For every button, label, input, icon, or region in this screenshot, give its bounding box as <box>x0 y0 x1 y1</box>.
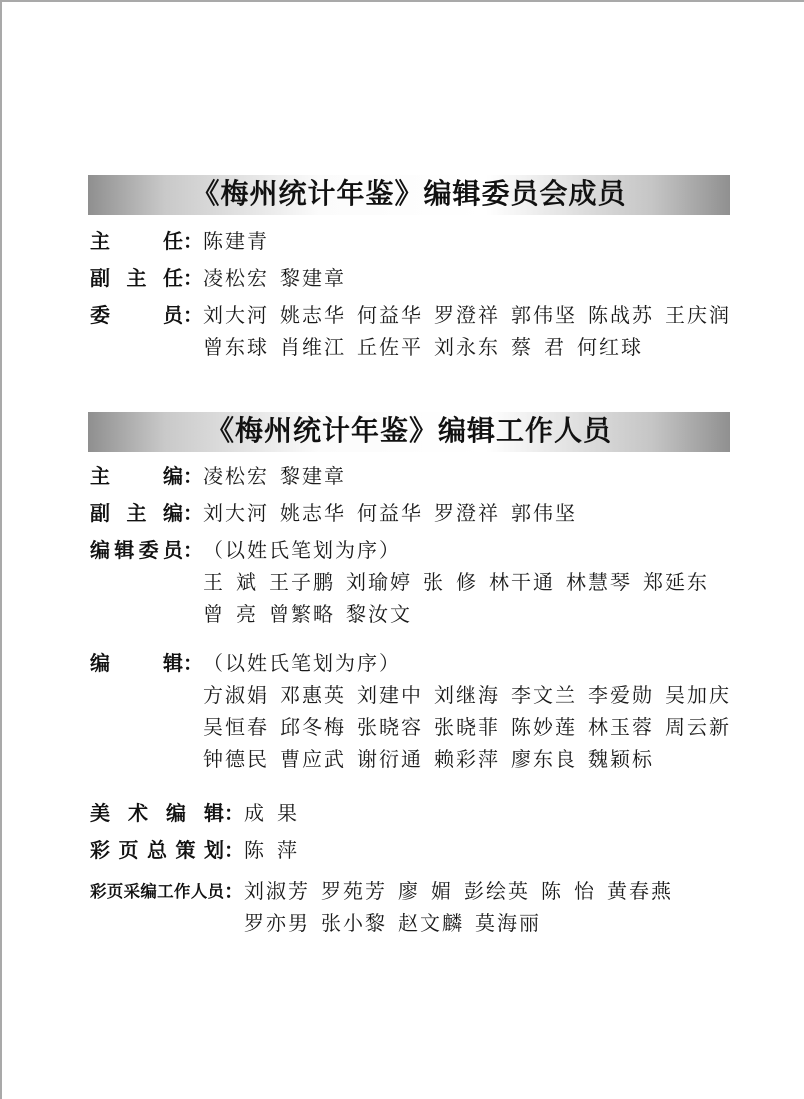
row-colon: ： <box>224 878 244 906</box>
row-label: 彩页采编工作人员 <box>90 878 224 906</box>
row-label: 彩页总策划 <box>90 837 224 865</box>
row-committee-members: 委员： 刘大河 姚志华 何益华 罗澄祥 郭伟坚 陈战苏 王庆润 曾东球 肖维江 … <box>88 302 730 362</box>
section-editorial-committee: 《梅州统计年鉴》编辑委员会成员 主任： 陈建青 副主任： 凌松宏 黎建章 委员： <box>88 175 730 362</box>
row-color-pages-planner: 彩页总策划： 陈 萍 <box>88 837 730 865</box>
row-label: 主任 <box>90 228 183 256</box>
names-line: 刘大河 姚志华 何益华 罗澄祥 郭伟坚 <box>203 500 730 528</box>
names-line: 吴恒春 邱冬梅 张晓容 张晓菲 陈妙莲 林玉蓉 周云新 <box>203 714 730 742</box>
names-line: 罗亦男 张小黎 赵文麟 莫海丽 <box>244 910 730 938</box>
row-director: 主任： 陈建青 <box>88 228 730 256</box>
row-content: 刘大河 姚志华 何益华 罗澄祥 郭伟坚 陈战苏 王庆润 曾东球 肖维江 丘佐平 … <box>203 302 730 362</box>
sort-note: （以姓氏笔划为序） <box>203 537 730 565</box>
row-color-pages-staff: 彩页采编工作人员： 刘淑芳 罗苑芳 廖 媚 彭绘英 陈 怡 黄春燕 罗亦男 张小… <box>88 878 730 938</box>
section-rows: 主编： 凌松宏 黎建章 副主编： 刘大河 姚志华 何益华 罗澄祥 郭伟坚 编辑委… <box>88 463 730 938</box>
section-title-bar: 《梅州统计年鉴》编辑委员会成员 <box>88 175 730 215</box>
names-line: 刘大河 姚志华 何益华 罗澄祥 郭伟坚 陈战苏 王庆润 <box>203 302 730 330</box>
row-colon: ： <box>183 650 203 678</box>
section-title-bar: 《梅州统计年鉴》编辑工作人员 <box>88 412 730 452</box>
row-content: （以姓氏笔划为序） 王 斌 王子鹏 刘瑜婷 张 修 林干通 林慧琴 郑延东 曾 … <box>203 537 730 629</box>
row-colon: ： <box>183 228 203 256</box>
row-content: 刘大河 姚志华 何益华 罗澄祥 郭伟坚 <box>203 500 730 528</box>
section-rows: 主任： 陈建青 副主任： 凌松宏 黎建章 委员： 刘大河 姚志华 何益华 罗澄祥… <box>88 228 730 362</box>
section-editorial-staff: 《梅州统计年鉴》编辑工作人员 主编： 凌松宏 黎建章 副主编： 刘大河 姚志华 … <box>88 412 730 938</box>
row-label: 委员 <box>90 302 183 330</box>
names-line: 凌松宏 黎建章 <box>203 265 730 293</box>
row-colon: ： <box>183 463 203 491</box>
row-colon: ： <box>224 800 244 828</box>
row-colon: ： <box>183 537 203 565</box>
section-title: 《梅州统计年鉴》编辑工作人员 <box>206 412 612 452</box>
section-title: 《梅州统计年鉴》编辑委员会成员 <box>191 175 626 215</box>
row-content: （以姓氏笔划为序） 方淑娟 邓惠英 刘建中 刘继海 李文兰 李爱勋 吴加庆 吴恒… <box>203 650 730 774</box>
row-editors: 编辑： （以姓氏笔划为序） 方淑娟 邓惠英 刘建中 刘继海 李文兰 李爱勋 吴加… <box>88 650 730 774</box>
names-line: 陈建青 <box>203 228 730 256</box>
row-label: 主编 <box>90 463 183 491</box>
row-content: 凌松宏 黎建章 <box>203 463 730 491</box>
names-line: 成 果 <box>244 800 730 828</box>
row-content: 陈 萍 <box>244 837 730 865</box>
row-content: 刘淑芳 罗苑芳 廖 媚 彭绘英 陈 怡 黄春燕 罗亦男 张小黎 赵文麟 莫海丽 <box>244 878 730 938</box>
names-line: 陈 萍 <box>244 837 730 865</box>
row-colon: ： <box>183 265 203 293</box>
row-content: 成 果 <box>244 800 730 828</box>
yearbook-credits-page: 《梅州统计年鉴》编辑委员会成员 主任： 陈建青 副主任： 凌松宏 黎建章 委员： <box>0 0 804 1099</box>
row-editorial-board: 编辑委员： （以姓氏笔划为序） 王 斌 王子鹏 刘瑜婷 张 修 林干通 林慧琴 … <box>88 537 730 629</box>
names-line: 刘淑芳 罗苑芳 廖 媚 彭绘英 陈 怡 黄春燕 <box>244 878 730 906</box>
page-content: 《梅州统计年鉴》编辑委员会成员 主任： 陈建青 副主任： 凌松宏 黎建章 委员： <box>2 175 804 938</box>
sort-note: （以姓氏笔划为序） <box>203 650 730 678</box>
row-chief-editor: 主编： 凌松宏 黎建章 <box>88 463 730 491</box>
row-deputy-directors: 副主任： 凌松宏 黎建章 <box>88 265 730 293</box>
row-deputy-chief-editors: 副主编： 刘大河 姚志华 何益华 罗澄祥 郭伟坚 <box>88 500 730 528</box>
row-content: 陈建青 <box>203 228 730 256</box>
row-label: 编辑 <box>90 650 183 678</box>
row-label: 副主编 <box>90 500 183 528</box>
row-label: 美术编辑 <box>90 800 224 828</box>
names-line: 曾东球 肖维江 丘佐平 刘永东 蔡 君 何红球 <box>203 334 730 362</box>
row-colon: ： <box>183 302 203 330</box>
names-line: 曾 亮 曾繁略 黎汝文 <box>203 601 730 629</box>
row-label: 副主任 <box>90 265 183 293</box>
names-line: 凌松宏 黎建章 <box>203 463 730 491</box>
row-colon: ： <box>224 837 244 865</box>
names-line: 钟德民 曹应武 谢衍通 赖彩萍 廖东良 魏颖标 <box>203 746 730 774</box>
row-label: 编辑委员 <box>90 537 183 565</box>
names-line: 方淑娟 邓惠英 刘建中 刘继海 李文兰 李爱勋 吴加庆 <box>203 682 730 710</box>
row-art-editor: 美术编辑： 成 果 <box>88 800 730 828</box>
names-line: 王 斌 王子鹏 刘瑜婷 张 修 林干通 林慧琴 郑延东 <box>203 569 730 597</box>
row-content: 凌松宏 黎建章 <box>203 265 730 293</box>
row-colon: ： <box>183 500 203 528</box>
